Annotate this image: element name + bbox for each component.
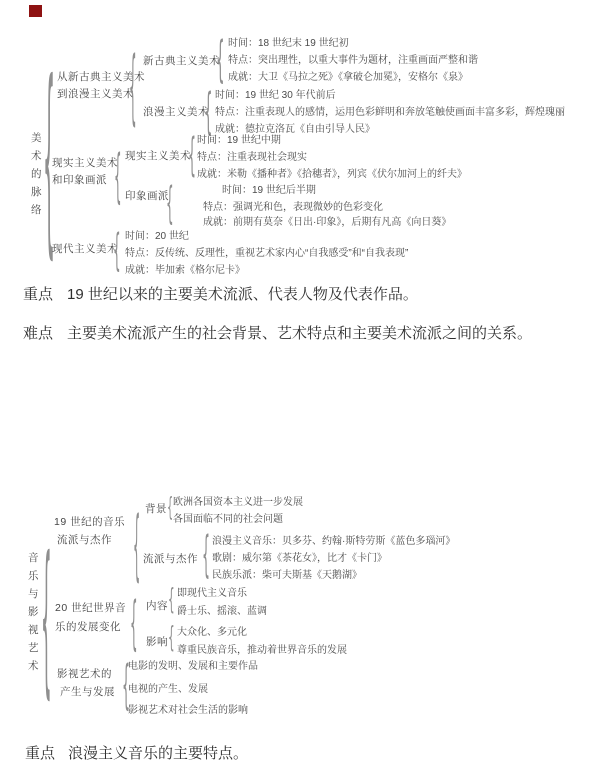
music-branch3-label-line2: 产生与发展 (60, 686, 115, 699)
detail-row: 欧洲各国资本主义进一步发展 (173, 497, 303, 509)
detail-row: 时间：18 世纪末 19 世纪初 (228, 38, 349, 50)
keypoint-label: 重点 (25, 744, 55, 763)
detail-row: 影视艺术对社会生活的影响 (128, 705, 248, 717)
music-node-content-label: 内容 (146, 600, 168, 613)
detail-row: 成就：大卫《马拉之死》《拿破仑加冕》，安格尔《泉》 (228, 72, 468, 84)
detail-row: 成就：米勒《播种者》《拾穗者》，列宾《伏尔加河上的纤夫》 (197, 169, 467, 181)
detail-row: 成就：毕加索《格尔尼卡》 (125, 265, 245, 277)
detail-row: 电视的产生、发展 (128, 684, 208, 696)
detail-row: 特点：强调光和色，表现微妙的色彩变化 (203, 202, 383, 214)
red-marker (29, 5, 42, 17)
music-root-label: 音乐与影视艺术 (28, 549, 41, 675)
detail-row: 时间：20 世纪 (125, 231, 189, 243)
detail-row: 时间：19 世纪中期 (197, 135, 281, 147)
detail-row: 成就：前期有莫奈《日出·印象》，后期有凡高《向日葵》 (203, 217, 451, 229)
music-branch2-label-line2: 乐的发展变化 (55, 621, 121, 634)
art-branch-c-label: 现代主义美术 (52, 243, 118, 256)
detail-row: 浪漫主义音乐：贝多芬、约翰·斯特劳斯《蓝色多瑙河》 (212, 536, 455, 548)
keypoint-text: 浪漫主义音乐的主要特点。 (68, 744, 248, 763)
detail-row: 歌剧：威尔第《茶花女》，比才《卡门》 (212, 553, 387, 565)
keypoint-label: 重点 (23, 285, 53, 304)
detail-row: 特点：注重表现人的感情，运用色彩鲜明和奔放笔触使画面丰富多彩，辉煌瑰丽 (215, 107, 565, 119)
detail-row: 民族乐派：柴可夫斯基《天鹅湖》 (212, 570, 362, 582)
music-node-genres-label: 流派与杰作 (143, 553, 198, 566)
detail-row: 时间：19 世纪后半期 (222, 185, 316, 197)
detail-row: 特点：反传统、反理性，重视艺术家内心“自我感受”和“自我表现” (125, 248, 408, 260)
music-node-background-label: 背景 (145, 503, 167, 516)
art-node-realism-label: 现实主义美术 (125, 150, 191, 163)
detail-row: 特点：突出理性，以重大事件为题材，注重画面严整和谐 (228, 55, 478, 67)
music-node-influence-label: 影响 (146, 636, 168, 649)
brace (166, 182, 191, 222)
music-branch1-label-line1: 19 世纪的音乐 (54, 516, 125, 529)
difficulty-label: 难点 (23, 324, 53, 343)
music-branch2-label-line1: 20 世纪世界音 (55, 602, 126, 615)
art-branch-b-label-line2: 和印象画派 (52, 174, 107, 187)
difficulty-text: 主要美术流派产生的社会背景、艺术特点和主要美术流派之间的关系。 (67, 324, 532, 343)
art-node-impressionism-label: 印象画派 (125, 190, 169, 203)
detail-row: 爵士乐、摇滚、蓝调 (177, 606, 267, 618)
music-branch3-label-line1: 影视艺术的 (57, 668, 112, 681)
detail-row: 时间：19 世纪 30 年代前后 (215, 90, 336, 102)
detail-row: 特点：注重表现社会现实 (197, 152, 307, 164)
document-page: 美术的脉络 从新古典主义美术 到浪漫主义美术 新古典主义美术 时间：18 世纪末… (0, 0, 600, 770)
detail-row: 即现代主义音乐 (177, 588, 247, 600)
detail-row: 大众化、多元化 (177, 627, 247, 639)
detail-row: 电影的发明、发展和主要作品 (128, 661, 258, 673)
detail-row: 尊重民族音乐，推动着世界音乐的发展 (177, 645, 347, 657)
detail-row: 各国面临不同的社会问题 (173, 514, 283, 526)
art-branch-b-label-line1: 现实主义美术 (52, 157, 118, 170)
art-node-neoclassical-label: 新古典主义美术 (143, 55, 220, 68)
art-branch-a-label-line2: 到浪漫主义美术 (57, 88, 134, 101)
art-node-romantic-label: 浪漫主义美术 (143, 106, 209, 119)
music-branch1-label-line2: 流派与杰作 (57, 534, 112, 547)
keypoint-text: 19 世纪以来的主要美术流派、代表人物及代表作品。 (67, 285, 418, 304)
